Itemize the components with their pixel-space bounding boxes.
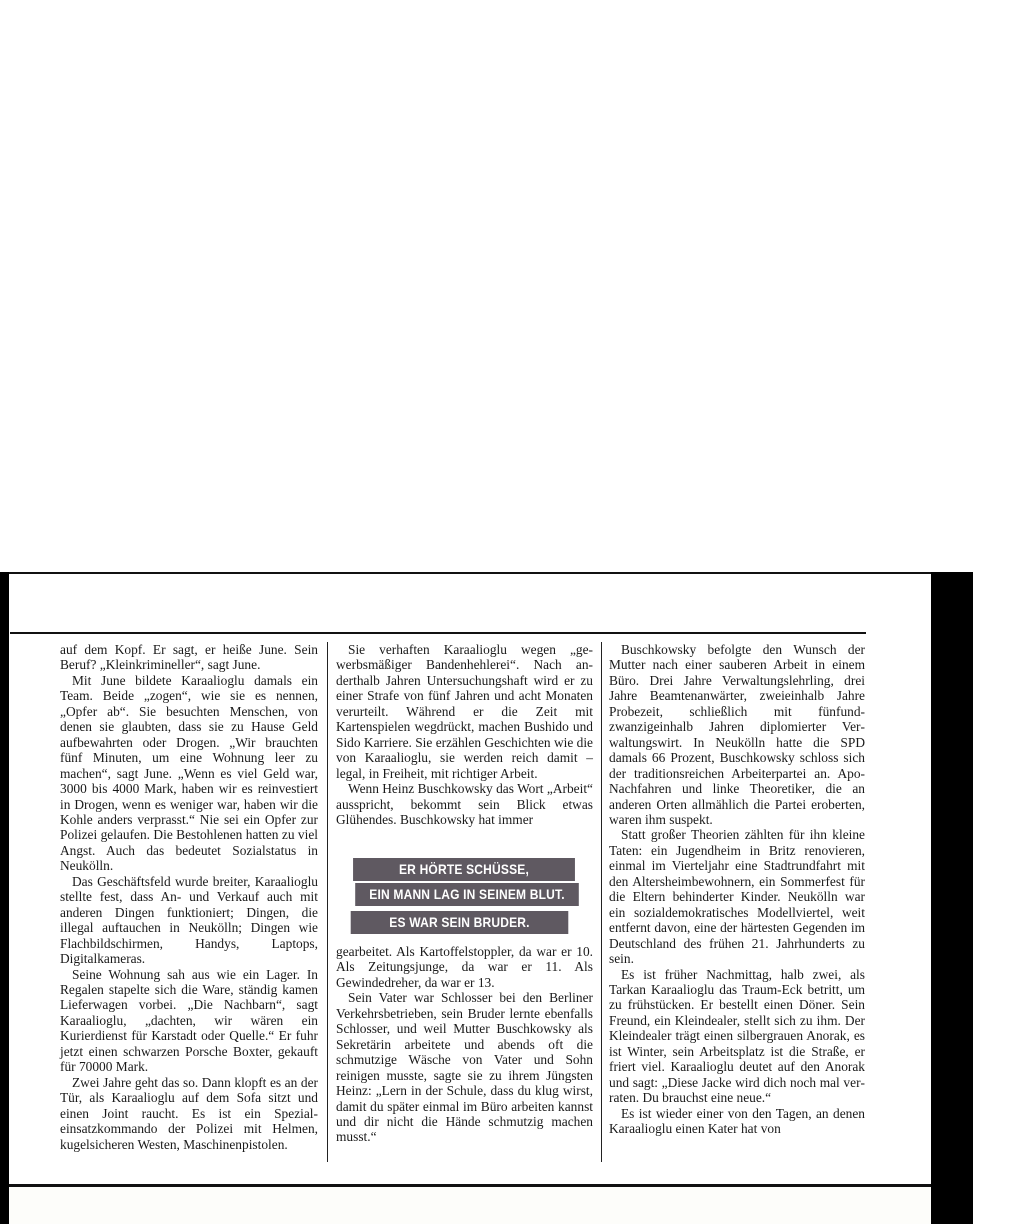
paragraph: gearbeitet. Als Kartoffelstoppler, da wa… xyxy=(336,944,593,990)
paragraph: Mit June bildete Karaalioglu damals ein … xyxy=(60,673,318,874)
pull-quote-line-3: ES WAR SEIN BRUDER. xyxy=(351,911,569,934)
paragraph: Es ist wieder einer von den Tagen, an de… xyxy=(609,1106,865,1137)
lower-page-area xyxy=(9,1187,931,1224)
left-border-bar xyxy=(0,572,9,1224)
column-divider xyxy=(601,642,602,1162)
paragraph: Buschkowsky befolgte den Wunsch der Mutt… xyxy=(609,642,865,827)
paragraph: Zwei Jahre geht das so. Dann klopft es a… xyxy=(60,1075,318,1152)
paragraph: auf dem Kopf. Er sagt, er heiße June. Se… xyxy=(60,642,318,673)
pull-quote-line-1: ER HÖRTE SCHÜSSE, xyxy=(353,858,575,881)
pull-quote-line-2: EIN MANN LAG IN SEINEM BLUT. xyxy=(355,883,579,906)
right-border-bar xyxy=(931,572,973,1224)
paragraph: Statt großer Theorien zählten für ihn kl… xyxy=(609,827,865,966)
paragraph: Seine Wohnung sah aus wie ein Lager. In … xyxy=(60,967,318,1075)
paragraph: Wenn Heinz Buschkowsky das Wort „Arbeit“… xyxy=(336,781,593,827)
article-column-3: Buschkowsky befolgte den Wunsch der Mutt… xyxy=(609,642,865,1137)
article-column-1: auf dem Kopf. Er sagt, er heiße June. Se… xyxy=(60,642,318,1152)
article-column-2-top: Sie verhaften Karaalioglu wegen „ge­werb… xyxy=(336,642,593,827)
article-column-2-bottom: gearbeitet. Als Kartoffelstoppler, da wa… xyxy=(336,944,593,1145)
section-rule xyxy=(10,632,866,634)
paragraph: Das Geschäftsfeld wurde breiter, Karaa­l… xyxy=(60,874,318,967)
paragraph: Es ist früher Nachmittag, halb zwei, als… xyxy=(609,967,865,1106)
paragraph: Sie verhaften Karaalioglu wegen „ge­werb… xyxy=(336,642,593,781)
page-top-rule xyxy=(9,572,931,574)
column-divider xyxy=(327,642,328,1162)
paragraph: Sein Vater war Schlosser bei den Ber­lin… xyxy=(336,990,593,1145)
